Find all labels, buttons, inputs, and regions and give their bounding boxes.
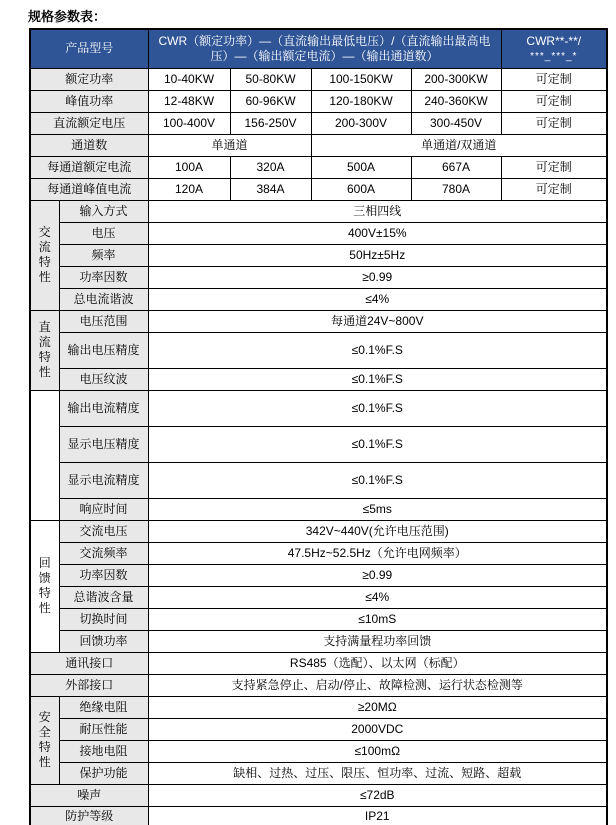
row-label: 显示电流精度: [59, 462, 148, 498]
table-row: 通道数 单通道 单通道/双通道: [30, 134, 607, 156]
table-row: 响应时间 ≤5ms: [30, 498, 607, 520]
row-label: 功率因数: [59, 266, 148, 288]
row-value: 400V±15%: [148, 222, 607, 244]
row-value: 342V~440V(允许电压范围): [148, 520, 607, 542]
row-value: 780A: [411, 178, 501, 200]
row-value: 可定制: [501, 68, 607, 90]
row-value: 60-96KW: [230, 90, 311, 112]
table-row: 电压纹波 ≤0.1%F.S: [30, 368, 607, 390]
row-label: 耐压性能: [59, 718, 148, 740]
row-label: 每通道额定电流: [30, 156, 148, 178]
row-label: 交流频率: [59, 542, 148, 564]
row-label: 总谐波含量: [59, 586, 148, 608]
table-row: 峰值功率 12-48KW 60-96KW 120-180KW 240-360KW…: [30, 90, 607, 112]
page-title: 规格参数表：: [28, 6, 106, 25]
row-value: ≥0.99: [148, 564, 607, 586]
row-value: ≤0.1%F.S: [148, 368, 607, 390]
row-value: 200-300V: [311, 112, 411, 134]
group-label-safety: 安全特性: [30, 696, 59, 784]
row-value: 200-300KW: [411, 68, 501, 90]
row-label: 交流电压: [59, 520, 148, 542]
row-value: ≥0.99: [148, 266, 607, 288]
table-row: 总谐波含量 ≤4%: [30, 586, 607, 608]
row-label: 通道数: [30, 134, 148, 156]
table-row: 回馈特性 交流电压 342V~440V(允许电压范围): [30, 520, 607, 542]
row-label: 回馈功率: [59, 630, 148, 652]
table-row: 显示电压精度 ≤0.1%F.S: [30, 426, 607, 462]
table-header-row: 产品型号 CWR（额定功率）—（直流输出最低电压）/（直流输出最高电压）—（输出…: [30, 29, 607, 68]
row-value: 2000VDC: [148, 718, 607, 740]
row-value: 可定制: [501, 156, 607, 178]
row-value: 50-80KW: [230, 68, 311, 90]
group-label-dc: 直流特性: [30, 310, 59, 390]
row-value: 500A: [311, 156, 411, 178]
row-label: 输入方式: [59, 200, 148, 222]
row-value: ≤10mS: [148, 608, 607, 630]
row-label: 防护等级: [30, 806, 148, 825]
row-label: 功率因数: [59, 564, 148, 586]
row-value: ≤0.1%F.S: [148, 426, 607, 462]
table-row: 显示电流精度 ≤0.1%F.S: [30, 462, 607, 498]
row-value: 100-150KW: [311, 68, 411, 90]
row-label: 频率: [59, 244, 148, 266]
header-model-formula: CWR（额定功率）—（直流输出最低电压）/（直流输出最高电压）—（输出额定电流）…: [148, 29, 501, 68]
row-value: 可定制: [501, 178, 607, 200]
table-row: 每通道峰值电流 120A 384A 600A 780A 可定制: [30, 178, 607, 200]
row-value: ≤0.1%F.S: [148, 332, 607, 368]
row-label: 电压: [59, 222, 148, 244]
header-product-model: 产品型号: [30, 29, 148, 68]
group-label-empty: [30, 390, 59, 520]
table-row: 功率因数 ≥0.99: [30, 266, 607, 288]
table-row: 直流额定电压 100-400V 156-250V 200-300V 300-45…: [30, 112, 607, 134]
table-row: 交流频率 47.5Hz~52.5Hz（允许电网频率）: [30, 542, 607, 564]
row-value: ≤4%: [148, 288, 607, 310]
table-row: 保护功能 缺相、过热、过压、限压、恒功率、过流、短路、超载: [30, 762, 607, 784]
row-value: RS485（选配）、以太网（标配）: [148, 652, 607, 674]
group-label-ac: 交流特性: [30, 200, 59, 310]
table-row: 通讯接口 RS485（选配）、以太网（标配）: [30, 652, 607, 674]
table-row: 电压 400V±15%: [30, 222, 607, 244]
row-label: 显示电压精度: [59, 426, 148, 462]
row-label: 直流额定电压: [30, 112, 148, 134]
row-value: 50Hz±5Hz: [148, 244, 607, 266]
row-value: 三相四线: [148, 200, 607, 222]
row-label: 电压范围: [59, 310, 148, 332]
table-row: 每通道额定电流 100A 320A 500A 667A 可定制: [30, 156, 607, 178]
row-value: ≥20MΩ: [148, 696, 607, 718]
row-label: 输出电压精度: [59, 332, 148, 368]
table-row: 噪声 ≤72dB: [30, 784, 607, 806]
row-value: 12-48KW: [148, 90, 230, 112]
row-value: ≤100mΩ: [148, 740, 607, 762]
row-label: 接地电阻: [59, 740, 148, 762]
row-label: 响应时间: [59, 498, 148, 520]
row-label: 噪声: [30, 784, 148, 806]
table-row: 交流特性 输入方式 三相四线: [30, 200, 607, 222]
row-value: 384A: [230, 178, 311, 200]
table-row: 防护等级 IP21: [30, 806, 607, 825]
row-value: 300-450V: [411, 112, 501, 134]
header-custom-model-line1: CWR**-**/: [526, 34, 581, 48]
group-label-feedback: 回馈特性: [30, 520, 59, 652]
row-label: 保护功能: [59, 762, 148, 784]
table-row: 安全特性 绝缘电阻 ≥20MΩ: [30, 696, 607, 718]
table-row: 总电流谐波 ≤4%: [30, 288, 607, 310]
row-value: 缺相、过热、过压、限压、恒功率、过流、短路、超载: [148, 762, 607, 784]
table-row: 回馈功率 支持满量程功率回馈: [30, 630, 607, 652]
row-value: 可定制: [501, 90, 607, 112]
row-label: 额定功率: [30, 68, 148, 90]
row-value: 120-180KW: [311, 90, 411, 112]
row-value: 47.5Hz~52.5Hz（允许电网频率）: [148, 542, 607, 564]
row-label: 电压纹波: [59, 368, 148, 390]
row-label: 每通道峰值电流: [30, 178, 148, 200]
row-value: 100A: [148, 156, 230, 178]
table-row: 功率因数 ≥0.99: [30, 564, 607, 586]
row-value: ≤0.1%F.S: [148, 462, 607, 498]
row-value: IP21: [148, 806, 607, 825]
row-value: 每通道24V~800V: [148, 310, 607, 332]
header-custom-model: CWR**-**/ ***_***_*: [501, 29, 607, 68]
row-label: 峰值功率: [30, 90, 148, 112]
row-value: 120A: [148, 178, 230, 200]
row-value: ≤5ms: [148, 498, 607, 520]
table-row: 输出电压精度 ≤0.1%F.S: [30, 332, 607, 368]
row-value: 可定制: [501, 112, 607, 134]
row-value: 支持紧急停止、启动/停止、故障检测、运行状态检测等: [148, 674, 607, 696]
table-row: 耐压性能 2000VDC: [30, 718, 607, 740]
row-value: 240-360KW: [411, 90, 501, 112]
row-value: 156-250V: [230, 112, 311, 134]
row-value: ≤0.1%F.S: [148, 390, 607, 426]
row-value: 320A: [230, 156, 311, 178]
header-custom-model-line2: ***_***_*: [504, 49, 605, 64]
row-value: 10-40KW: [148, 68, 230, 90]
row-label: 外部接口: [30, 674, 148, 696]
row-label: 总电流谐波: [59, 288, 148, 310]
table-row: 输出电流精度 ≤0.1%F.S: [30, 390, 607, 426]
row-value-single-channel: 单通道: [148, 134, 311, 156]
row-value-dual-channel: 单通道/双通道: [311, 134, 607, 156]
spec-table: 产品型号 CWR（额定功率）—（直流输出最低电压）/（直流输出最高电压）—（输出…: [29, 28, 608, 825]
row-label: 通讯接口: [30, 652, 148, 674]
row-value: 600A: [311, 178, 411, 200]
row-value: ≤72dB: [148, 784, 607, 806]
row-label: 切换时间: [59, 608, 148, 630]
table-row: 直流特性 电压范围 每通道24V~800V: [30, 310, 607, 332]
table-row: 频率 50Hz±5Hz: [30, 244, 607, 266]
row-value: 100-400V: [148, 112, 230, 134]
table-row: 切换时间 ≤10mS: [30, 608, 607, 630]
row-label: 输出电流精度: [59, 390, 148, 426]
row-value: 支持满量程功率回馈: [148, 630, 607, 652]
table-row: 接地电阻 ≤100mΩ: [30, 740, 607, 762]
row-value: ≤4%: [148, 586, 607, 608]
table-row: 额定功率 10-40KW 50-80KW 100-150KW 200-300KW…: [30, 68, 607, 90]
table-row: 外部接口 支持紧急停止、启动/停止、故障检测、运行状态检测等: [30, 674, 607, 696]
row-value: 667A: [411, 156, 501, 178]
row-label: 绝缘电阻: [59, 696, 148, 718]
